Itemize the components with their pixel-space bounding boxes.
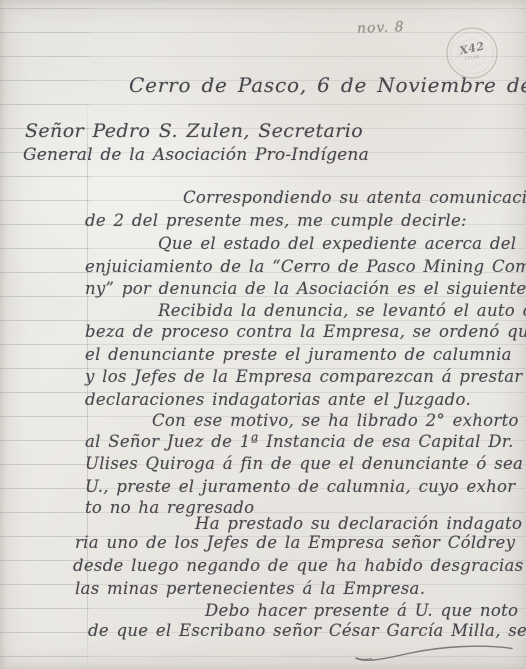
handwritten-line: U., preste el juramento de calumnia, cuy… xyxy=(85,477,515,496)
handwritten-line: ria uno de los Jefes de la Empresa señor… xyxy=(75,533,515,552)
handwritten-line: de 2 del presente mes, me cumple decirle… xyxy=(85,211,467,230)
handwritten-line: beza de proceso contra la Empresa, se or… xyxy=(85,322,526,341)
handwritten-line: Recibida la denuncia, se levantó el auto… xyxy=(158,301,526,320)
pen-flourish-stroke xyxy=(350,641,518,665)
handwritten-line: Ha prestado su declaración indagato xyxy=(195,514,522,533)
handwritten-line: el denunciante preste el juramento de ca… xyxy=(85,345,512,364)
library-stamp-icon: X42 15108 xyxy=(445,26,499,80)
handwritten-line: ny” por denuncia de la Asociación es el … xyxy=(85,279,526,298)
handwritten-line: Debo hacer presente á U. que noto xyxy=(205,601,518,620)
handwritten-line: las minas pertenecientes á la Empresa. xyxy=(75,579,425,598)
handwritten-line: Correspondiendo su atenta comunicación xyxy=(183,188,526,207)
handwritten-line: y los Jefes de la Empresa comparezcan á … xyxy=(85,367,526,386)
handwritten-line: Que el estado del expediente acerca del xyxy=(158,234,516,253)
handwritten-line: Ulises Quiroga á fin de que el denuncian… xyxy=(85,454,523,473)
letter-page: nov. 8 X42 15108 Cerro de Pasco, 6 de No… xyxy=(0,0,526,669)
pencil-date-note: nov. 8 xyxy=(357,19,405,37)
handwritten-line: enjuiciamiento de la “Cerro de Pasco Min… xyxy=(85,257,526,276)
handwritten-line: de que el Escribano señor César García M… xyxy=(88,621,526,640)
handwritten-line: al Señor Juez de 1ª Instancia de esa Cap… xyxy=(85,432,514,451)
handwritten-line: desde luego negando de que ha habido des… xyxy=(73,556,526,575)
handwritten-line: declaraciones indagatorias ante el Juzga… xyxy=(85,390,471,409)
addressee-line: General de la Asociación Pro-Indígena xyxy=(23,145,369,165)
handwritten-line: Con ese motivo, se ha librado 2° exhorto xyxy=(152,411,519,430)
addressee-line: Señor Pedro S. Zulen, Secretario xyxy=(25,120,363,142)
dateline: Cerro de Pasco, 6 de Noviembre de 1912 xyxy=(129,73,526,97)
